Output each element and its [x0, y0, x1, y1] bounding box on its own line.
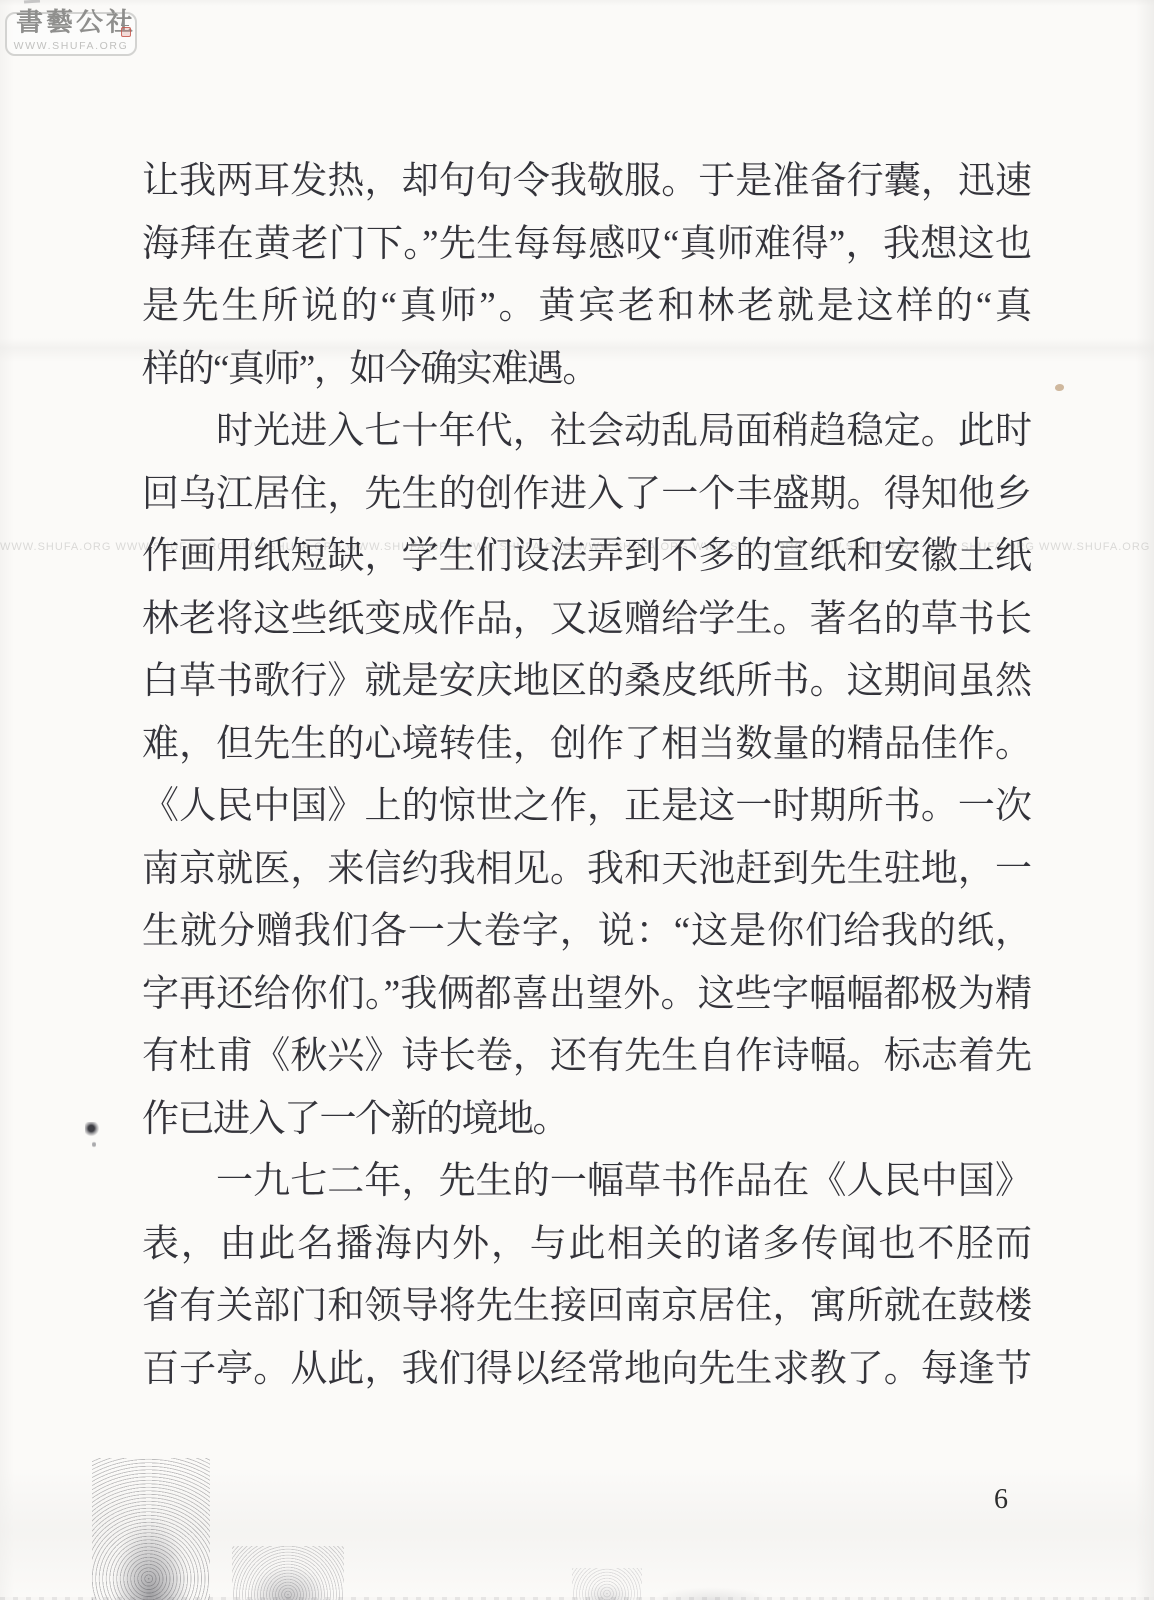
text-line: 百子亭。从此，我们得以经常地向先生求教了。每逢节假日或: [142, 1338, 1032, 1402]
text-line: 让我两耳发热，却句句令我敬服。于是准备行囊，迅速赶赴上: [142, 150, 1032, 214]
text-line: 样的“真师”，如今确实难遇。: [142, 338, 1032, 402]
text-line: 南京就医，来信约我相见。我和天池赶到先生驻地，一见面先: [142, 838, 1032, 902]
shufa-watermark-badge: 書藝公社 WWW.SHUFA.ORG: [5, 12, 137, 56]
text-line: 一九七二年，先生的一幅草书作品在《人民中国》杂志发: [142, 1150, 1032, 1214]
seal-icon: [120, 15, 131, 37]
text-line: 表，由此名播海内外，与此相关的诸多传闻也不胫而走。不久，: [142, 1213, 1032, 1277]
text-line: 作画用纸短缺，学生们设法弄到不多的宣纸和安徽土纸寄去。: [142, 525, 1032, 589]
text-line: 字再还给你们。”我俩都喜出望外。这些字幅幅都极为精彩，: [142, 963, 1032, 1027]
text-line: 生就分赠我们各一大卷字，说：“这是你们给我的纸，我写了: [142, 900, 1032, 964]
text-line: 林老将这些纸变成作品，又返赠给学生。著名的草书长卷《李: [142, 588, 1032, 652]
brand-url-text: WWW.SHUFA.ORG: [7, 40, 135, 52]
text-line: 是先生所说的“真师”。黄宾老和林老就是这样的“真师”。这: [142, 275, 1032, 339]
scan-smudge-artifact: [652, 1582, 772, 1600]
text-line: 白草书歌行》就是安庆地区的桑皮纸所书。这期间虽然条件艰: [142, 650, 1032, 714]
text-line: 有杜甫《秋兴》诗长卷，还有先生自作诗幅。标志着先生的创: [142, 1025, 1032, 1089]
text-line: 作已进入了一个新的境地。: [142, 1088, 1032, 1152]
text-line: 省有关部门和领导将先生接回南京居住，寓所就在鼓楼附近的: [142, 1275, 1032, 1339]
text-line: 时光进入七十年代，社会动乱局面稍趋稳定。此时林老暂: [142, 400, 1032, 464]
ink-blot-artifact: [85, 1122, 99, 1138]
scan-edge-artifact: [24, 0, 40, 4]
text-line: 海拜在黄老门下。”先生每每感叹“真师难得”，我想这也许就: [142, 213, 1032, 277]
text-line: 《人民中国》上的惊世之作，正是这一时期所书。一次先生来: [142, 775, 1032, 839]
document-text-block: 让我两耳发热，却句句令我敬服。于是准备行囊，迅速赶赴上 海拜在黄老门下。”先生每…: [142, 151, 1032, 1401]
text-line: 难，但先生的心境转佳，创作了相当数量的精品佳作。发表于: [142, 713, 1032, 777]
scan-smudge-artifact: [232, 1546, 344, 1600]
scan-smudge-artifact: [92, 1458, 210, 1600]
brand-calligraphy-text: 書藝公社: [16, 8, 120, 37]
page-number: 6: [994, 1484, 1008, 1516]
text-line: 回乌江居住，先生的创作进入了一个丰盛期。得知他乡居习字: [142, 463, 1032, 527]
scan-smudge-artifact: [572, 1568, 642, 1600]
tan-speck-artifact: [1055, 384, 1064, 391]
